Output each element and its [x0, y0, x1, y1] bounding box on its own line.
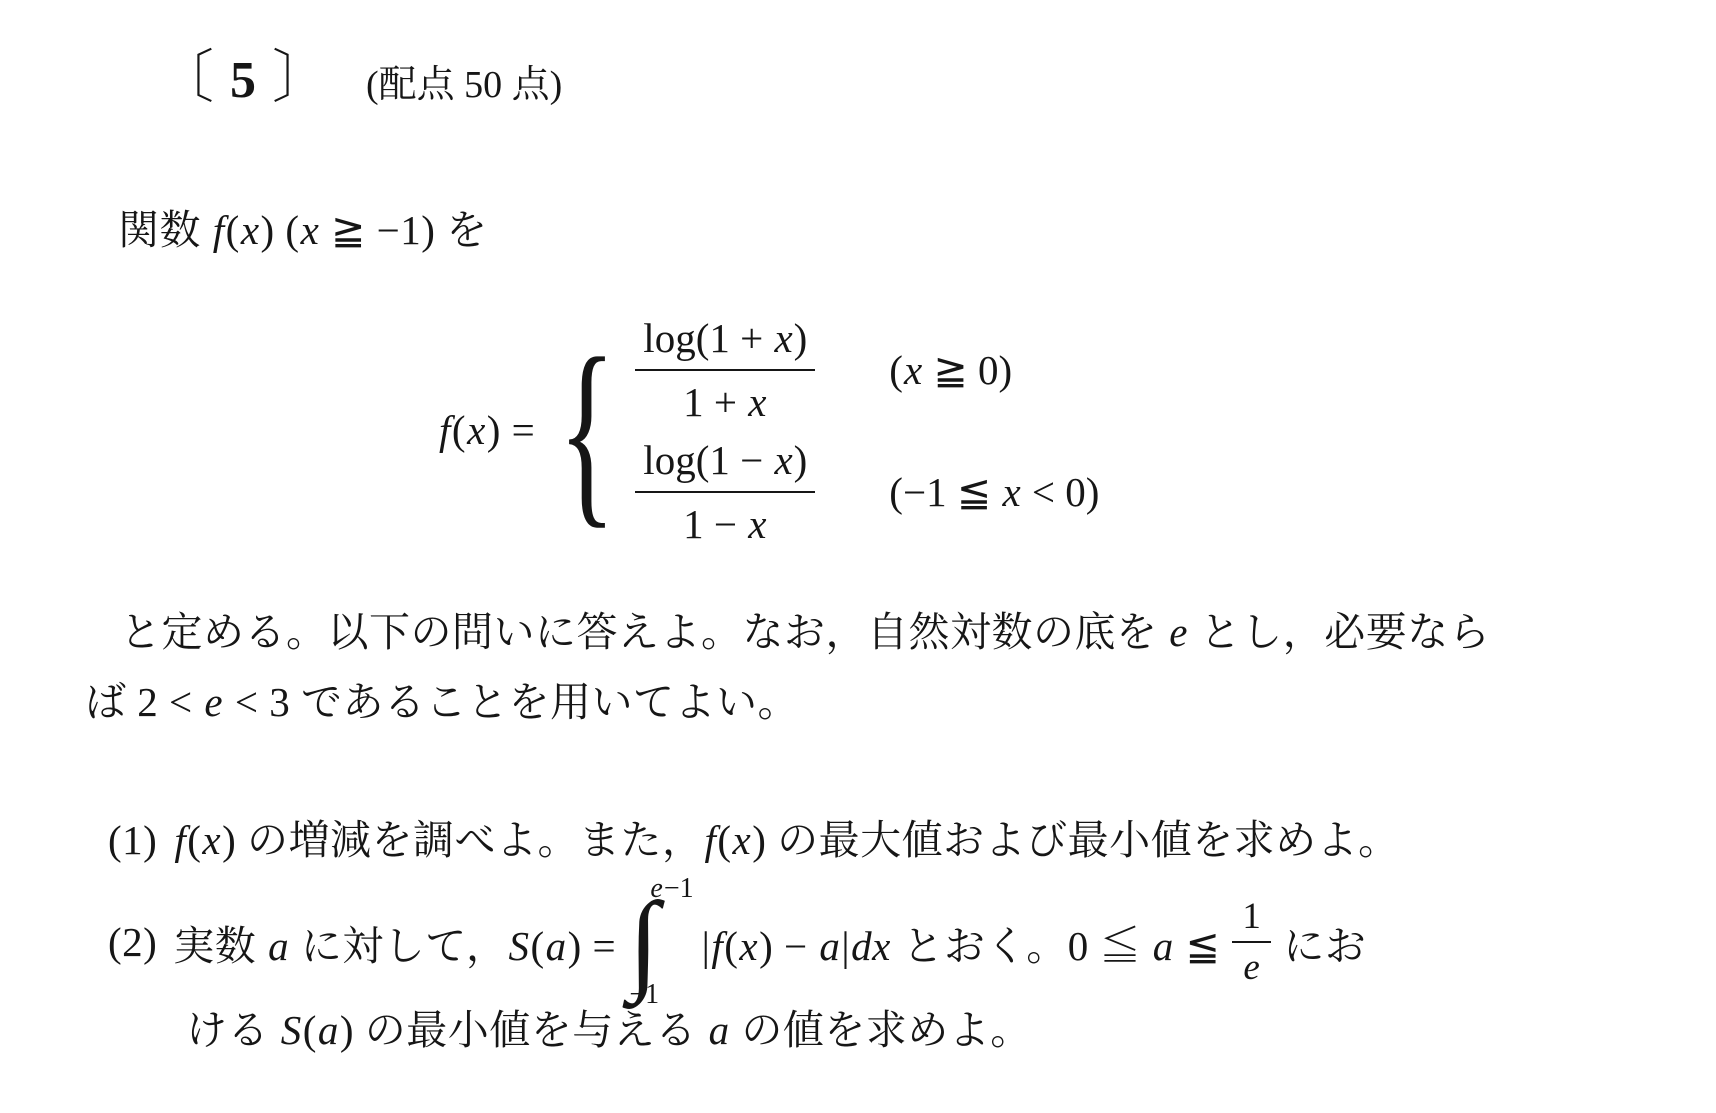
- question-2-label: (2): [108, 918, 157, 966]
- problem-number: 5: [230, 51, 256, 110]
- integral-upper-limit: e−1: [649, 873, 693, 905]
- case-1-numerator: log(1 + x): [635, 314, 815, 369]
- question-2: (2) 実数 a に対して，S(a) = ∫ e−1 −1 |f(x) − a|…: [108, 856, 1366, 1028]
- paragraph-line-2: ば 2 < e < 3 であることを用いてよい。: [85, 678, 799, 727]
- cases-list: log(1 + x)1 + x (x ≧ 0) log(1 − x)1 − x …: [635, 314, 1099, 548]
- case-row-2: log(1 − x)1 − x (−1 ≦ x < 0): [635, 436, 1099, 548]
- integral-limits: e−1 −1: [659, 873, 693, 1011]
- points-note: (配点 50 点): [366, 53, 562, 108]
- question-2-pre-text: 実数 a に対して，S(a) =: [173, 913, 616, 972]
- one-over-e-fraction: 1 e: [1232, 895, 1271, 989]
- question-2-line-2: ける S(a) の最小値を与える a の値を求めよ。: [186, 1006, 1032, 1055]
- case-1-denominator: 1 + x: [635, 369, 815, 426]
- question-2-integrand: |f(x) − a|dx とおく。0 ≦ a ≦: [702, 913, 1221, 972]
- case-2-denominator: 1 − x: [635, 491, 815, 548]
- definition-lhs: f(x) =: [438, 406, 535, 455]
- case-1-condition: (x ≧ 0): [889, 346, 1012, 394]
- exam-page: 〔 5 〕 (配点 50 点) 関数 f(x) (x ≧ −1) を f(x) …: [0, 0, 1716, 1113]
- case-2-fraction-box: log(1 − x)1 − x: [635, 436, 889, 548]
- case-2-numerator: log(1 − x): [635, 436, 815, 491]
- function-definition: f(x) = { log(1 + x)1 + x (x ≧ 0) log(1 −…: [438, 322, 1099, 540]
- fraction-denominator: e: [1232, 941, 1271, 989]
- cases-brace: {: [558, 328, 616, 535]
- intro-line: 関数 f(x) (x ≧ −1) を: [118, 206, 488, 255]
- case-row-1: log(1 + x)1 + x (x ≧ 0): [635, 314, 1099, 426]
- case-2-fraction: log(1 − x)1 − x: [635, 436, 815, 548]
- open-bracket: 〔: [156, 30, 214, 114]
- fraction-numerator: 1: [1232, 895, 1271, 941]
- question-2-post-text: にお: [1283, 913, 1366, 972]
- close-bracket: 〕: [272, 30, 330, 114]
- case-1-fraction-box: log(1 + x)1 + x: [635, 314, 889, 426]
- case-1-fraction: log(1 + x)1 + x: [635, 314, 815, 426]
- case-2-condition: (−1 ≦ x < 0): [889, 468, 1099, 516]
- integral-expression: ∫ e−1 −1: [628, 873, 693, 1011]
- paragraph-line-1: と定める。以下の問いに答えよ。なお，自然対数の底を e とし，必要なら: [120, 608, 1490, 657]
- problem-header: 〔 5 〕 (配点 50 点): [156, 30, 562, 114]
